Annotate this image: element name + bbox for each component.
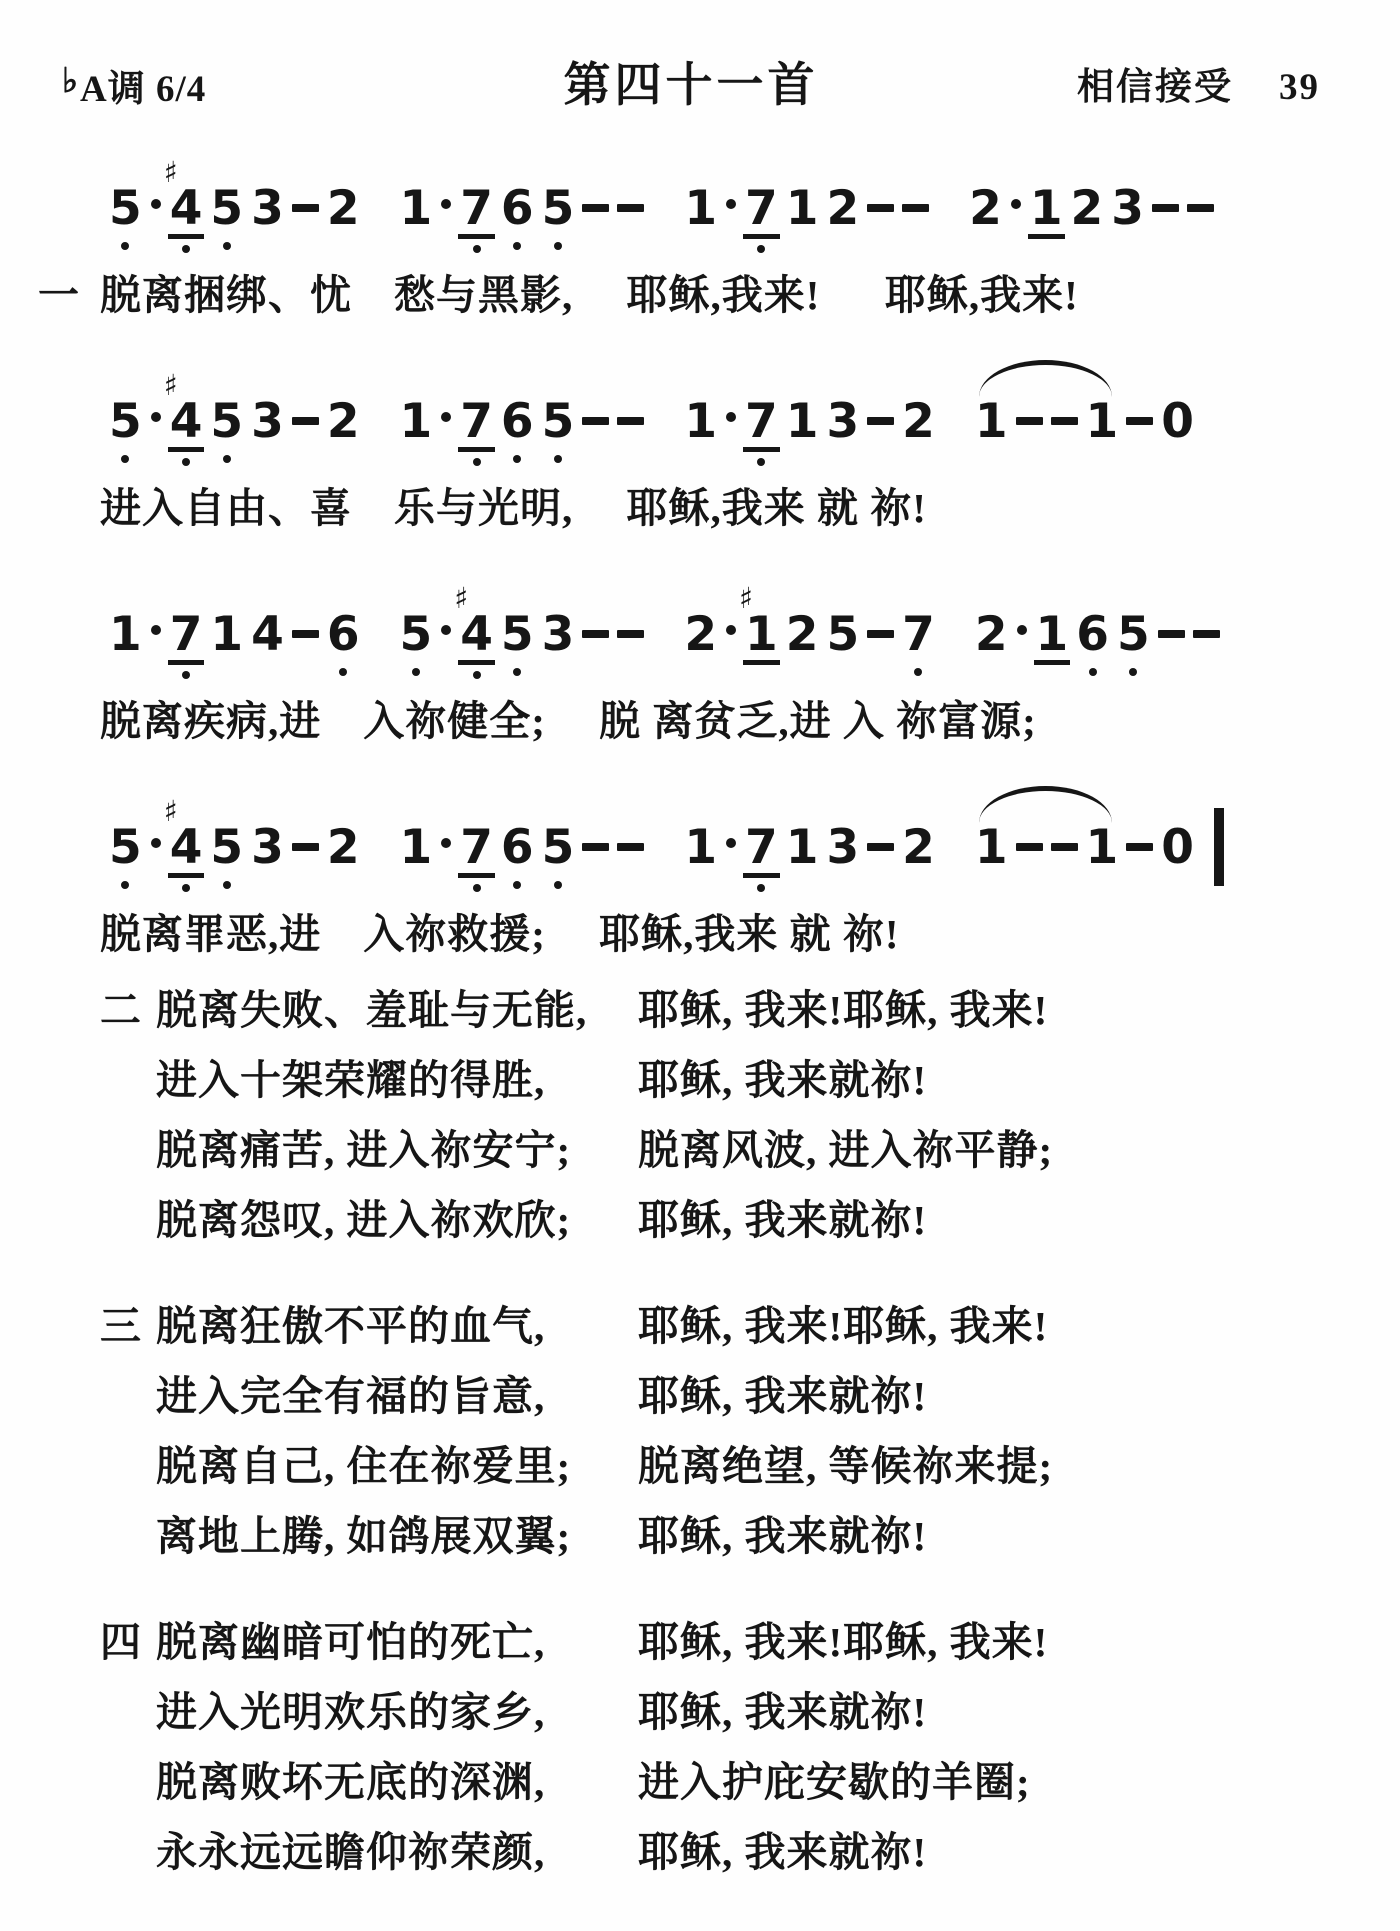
dash-glyph bbox=[1187, 204, 1214, 212]
dash-glyph bbox=[292, 417, 319, 425]
note-1: 1 bbox=[400, 398, 433, 445]
note-glyph: 1 bbox=[1086, 398, 1119, 445]
verse-right-text: 耶稣, 我来!耶稣, 我来! bbox=[638, 1291, 1330, 1361]
music-system-1: 5♯4532176517122123一脱离捆绑、忧 愁与黑影, 耶稣,我来! 耶… bbox=[100, 132, 1130, 321]
dash-glyph bbox=[867, 417, 894, 425]
measure-1: 5♯4532 bbox=[105, 398, 364, 445]
low-octave-dot bbox=[121, 881, 129, 889]
eighth-underline bbox=[458, 660, 495, 665]
dash-glyph bbox=[867, 843, 894, 851]
dash-note bbox=[582, 630, 609, 638]
note-5: 5 bbox=[542, 185, 575, 232]
note-5: 5 bbox=[109, 185, 142, 232]
dash-note bbox=[1193, 630, 1220, 638]
note-glyph: 5 bbox=[109, 824, 142, 871]
eighth-underline bbox=[458, 234, 495, 239]
eighth-underline bbox=[1034, 660, 1071, 665]
note-glyph: 4 bbox=[251, 611, 284, 658]
note-2: 2 bbox=[327, 398, 360, 445]
note-7: 7 bbox=[745, 398, 778, 445]
verse-left-text: 脱离失败、羞耻与无能, bbox=[156, 975, 638, 1045]
dash-note bbox=[617, 417, 644, 425]
lyric-line: 脱离罪恶,进 入祢救援; 耶稣,我来 就 祢! bbox=[100, 911, 900, 957]
note-glyph: 1 bbox=[210, 611, 243, 658]
hymn-title: 第四十一首 bbox=[564, 48, 819, 115]
note-1: 1 bbox=[975, 824, 1008, 871]
dot-separator bbox=[440, 203, 452, 213]
note-1: 1 bbox=[109, 611, 142, 658]
flat-icon: ♭ bbox=[62, 63, 79, 100]
lyric-line: 脱离捆绑、忧 愁与黑影, 耶稣,我来! 耶稣,我来! bbox=[100, 272, 1079, 318]
dash-note bbox=[582, 417, 609, 425]
note-glyph: 5 bbox=[542, 824, 575, 871]
measure-2: 1765 bbox=[396, 398, 649, 445]
note-glyph: 3 bbox=[826, 824, 859, 871]
dash-glyph bbox=[867, 630, 894, 638]
note-7: 7 bbox=[745, 824, 778, 871]
eighth-underline bbox=[168, 234, 205, 239]
note-1: 1 bbox=[684, 185, 717, 232]
note-glyph: 7 bbox=[460, 398, 493, 445]
low-octave-dot bbox=[914, 668, 922, 676]
note-glyph: 6 bbox=[327, 611, 360, 658]
measure-3: 1712 bbox=[680, 185, 933, 232]
note-glyph: 3 bbox=[251, 398, 284, 445]
dash-note bbox=[1126, 843, 1153, 851]
note-7: 7 bbox=[902, 611, 935, 658]
augmentation-dot bbox=[726, 625, 736, 635]
dot-separator bbox=[150, 203, 162, 213]
sharp-icon: ♯ bbox=[164, 797, 178, 826]
dot-separator bbox=[440, 842, 452, 852]
low-octave-dot bbox=[473, 245, 481, 253]
eighth-underline bbox=[168, 447, 205, 452]
measure-4: 2165 bbox=[971, 611, 1224, 658]
augmentation-dot bbox=[441, 625, 451, 635]
note-1: 1 bbox=[1036, 611, 1069, 658]
note-glyph: 5 bbox=[210, 824, 243, 871]
note-glyph: 1 bbox=[684, 398, 717, 445]
dot-separator bbox=[725, 203, 737, 213]
note-1: 1 bbox=[1030, 185, 1063, 232]
verse-right-text: 耶稣, 我来就祢! bbox=[638, 1045, 1330, 1115]
dash-glyph bbox=[292, 630, 319, 638]
final-double-barline bbox=[1214, 808, 1224, 886]
note-7: 7 bbox=[745, 185, 778, 232]
note-glyph: 0 bbox=[1161, 824, 1194, 871]
key-text: A调 6/4 bbox=[80, 69, 206, 110]
dash-note bbox=[1051, 417, 1078, 425]
note-1: ♯1 bbox=[745, 611, 778, 658]
note-glyph: 4 bbox=[170, 185, 203, 232]
note-glyph: 1 bbox=[1036, 611, 1069, 658]
note-2: 2 bbox=[902, 398, 935, 445]
verse-left-text: 进入光明欢乐的家乡, bbox=[156, 1677, 638, 1747]
note-glyph: 3 bbox=[251, 185, 284, 232]
verse-number bbox=[100, 1045, 156, 1115]
note-glyph: 2 bbox=[1071, 185, 1104, 232]
dot-separator bbox=[440, 416, 452, 426]
verse-row: 进入十架荣耀的得胜,耶稣, 我来就祢! bbox=[100, 1045, 1330, 1115]
low-octave-dot bbox=[223, 455, 231, 463]
note-glyph: 5 bbox=[210, 185, 243, 232]
verse-3: 三脱离狂傲不平的血气,耶稣, 我来!耶稣, 我来!进入完全有福的旨意,耶稣, 我… bbox=[100, 1291, 1330, 1571]
note-2: 2 bbox=[826, 185, 859, 232]
note-glyph: 2 bbox=[969, 185, 1002, 232]
verse-row: 脱离痛苦, 进入祢安宁;脱离风波, 进入祢平静; bbox=[100, 1115, 1330, 1185]
dash-glyph bbox=[1051, 843, 1078, 851]
hymn-page: ♭A调 6/4 第四十一首 相信接受 39 5♯4532176517122123… bbox=[0, 0, 1400, 1931]
low-octave-dot bbox=[554, 455, 562, 463]
verse-number bbox=[100, 1185, 156, 1255]
note-glyph: 1 bbox=[1030, 185, 1063, 232]
verse-number: 四 bbox=[100, 1607, 156, 1677]
dash-note bbox=[617, 630, 644, 638]
dot-separator bbox=[150, 842, 162, 852]
verse-number: 三 bbox=[100, 1291, 156, 1361]
augmentation-dot bbox=[441, 412, 451, 422]
dash-glyph bbox=[1126, 417, 1153, 425]
dash-note bbox=[582, 204, 609, 212]
low-octave-dot bbox=[554, 881, 562, 889]
sharp-icon: ♯ bbox=[739, 584, 753, 613]
note-glyph: 5 bbox=[210, 398, 243, 445]
low-octave-dot bbox=[182, 245, 190, 253]
note-glyph: 6 bbox=[501, 185, 534, 232]
dash-glyph bbox=[582, 417, 609, 425]
dash-note bbox=[617, 204, 644, 212]
verse-row: 三脱离狂傲不平的血气,耶稣, 我来!耶稣, 我来! bbox=[100, 1291, 1330, 1361]
dot-separator bbox=[1010, 203, 1022, 213]
header-right: 相信接受 39 bbox=[1077, 56, 1320, 110]
augmentation-dot bbox=[151, 199, 161, 209]
low-octave-dot bbox=[182, 458, 190, 466]
dash-glyph bbox=[292, 204, 319, 212]
note-6: 6 bbox=[327, 611, 360, 658]
note-5: 5 bbox=[542, 398, 575, 445]
note-7: 7 bbox=[170, 611, 203, 658]
note-5: 5 bbox=[210, 398, 243, 445]
note-1: 1 bbox=[786, 185, 819, 232]
measure-2: 1765 bbox=[396, 824, 649, 871]
verse-left-text: 脱离自己, 住在祢爱里; bbox=[156, 1431, 638, 1501]
dot-separator bbox=[725, 416, 737, 426]
low-octave-dot bbox=[1129, 668, 1137, 676]
note-glyph: 5 bbox=[400, 611, 433, 658]
note-glyph: 3 bbox=[542, 611, 575, 658]
augmentation-dot bbox=[726, 199, 736, 209]
verse-row: 脱离败坏无底的深渊,进入护庇安歇的羊圈; bbox=[100, 1747, 1330, 1817]
dash-note bbox=[867, 417, 894, 425]
note-glyph: 1 bbox=[400, 185, 433, 232]
dash-note bbox=[292, 204, 319, 212]
measure-4: 2123 bbox=[965, 185, 1218, 232]
lyric-row-2: 进入自由、喜 乐与光明, 耶稣,我来 就 祢! bbox=[100, 475, 1130, 534]
low-octave-dot bbox=[1089, 668, 1097, 676]
dash-glyph bbox=[582, 630, 609, 638]
note-4: ♯4 bbox=[170, 824, 203, 871]
note-glyph: 2 bbox=[684, 611, 717, 658]
verse-row: 二脱离失败、羞耻与无能,耶稣, 我来!耶稣, 我来! bbox=[100, 975, 1330, 1045]
measure-2: 1765 bbox=[396, 185, 649, 232]
note-3: 3 bbox=[826, 398, 859, 445]
dot-separator bbox=[150, 629, 162, 639]
verse-right-text: 脱离绝望, 等候祢来提; bbox=[638, 1431, 1330, 1501]
note-2: 2 bbox=[975, 611, 1008, 658]
note-3: 3 bbox=[251, 185, 284, 232]
low-octave-dot bbox=[339, 668, 347, 676]
note-glyph: 6 bbox=[501, 824, 534, 871]
dash-glyph bbox=[617, 204, 644, 212]
verse-right-text: 耶稣, 我来就祢! bbox=[638, 1185, 1330, 1255]
note-glyph: 5 bbox=[542, 398, 575, 445]
eighth-underline bbox=[458, 447, 495, 452]
lyric-row-1: 一脱离捆绑、忧 愁与黑影, 耶稣,我来! 耶稣,我来! bbox=[100, 262, 1130, 321]
note-1: 1 bbox=[400, 824, 433, 871]
eighth-underline bbox=[743, 660, 780, 665]
note-glyph: 4 bbox=[460, 611, 493, 658]
eighth-underline bbox=[168, 660, 205, 665]
verse-row: 脱离怨叹, 进入祢欢欣;耶稣, 我来就祢! bbox=[100, 1185, 1330, 1255]
dash-glyph bbox=[617, 843, 644, 851]
low-octave-dot bbox=[182, 884, 190, 892]
note-glyph: 1 bbox=[786, 824, 819, 871]
low-octave-dot bbox=[223, 242, 231, 250]
note-1: 1 bbox=[400, 185, 433, 232]
eighth-underline bbox=[743, 447, 780, 452]
dash-glyph bbox=[902, 204, 929, 212]
eighth-underline bbox=[168, 873, 205, 878]
dash-glyph bbox=[1126, 843, 1153, 851]
verse-row: 进入完全有福的旨意,耶稣, 我来就祢! bbox=[100, 1361, 1330, 1431]
measure-3: 17132 bbox=[680, 824, 939, 871]
note-0: 0 bbox=[1161, 398, 1194, 445]
dash-glyph bbox=[1152, 204, 1179, 212]
measure-3: 17132 bbox=[680, 398, 939, 445]
dot-separator bbox=[725, 629, 737, 639]
note-6: 6 bbox=[501, 185, 534, 232]
augmentation-dot bbox=[151, 412, 161, 422]
lyric-row-4: 脱离罪恶,进 入祢救援; 耶稣,我来 就 祢! bbox=[100, 901, 1130, 960]
note-5: 5 bbox=[826, 611, 859, 658]
note-glyph: 1 bbox=[109, 611, 142, 658]
music-system-2: 5♯4532176517132110进入自由、喜 乐与光明, 耶稣,我来 就 祢… bbox=[100, 345, 1130, 534]
verse-row: 脱离自己, 住在祢爱里;脱离绝望, 等候祢来提; bbox=[100, 1431, 1330, 1501]
note-glyph: 2 bbox=[327, 185, 360, 232]
augmentation-dot bbox=[726, 838, 736, 848]
note-3: 3 bbox=[542, 611, 575, 658]
note-1: 1 bbox=[684, 398, 717, 445]
note-glyph: 5 bbox=[542, 185, 575, 232]
sharp-icon: ♯ bbox=[454, 584, 468, 613]
note-4: ♯4 bbox=[460, 611, 493, 658]
note-glyph: 5 bbox=[501, 611, 534, 658]
verse-number bbox=[100, 1677, 156, 1747]
note-5: 5 bbox=[109, 398, 142, 445]
verse-number bbox=[100, 1115, 156, 1185]
verse-right-text: 耶稣, 我来!耶稣, 我来! bbox=[638, 1607, 1330, 1677]
dash-glyph bbox=[1016, 417, 1043, 425]
note-glyph: 1 bbox=[786, 398, 819, 445]
verse-left-text: 进入完全有福的旨意, bbox=[156, 1361, 638, 1431]
verse-number bbox=[100, 1501, 156, 1571]
verse-right-text: 耶稣, 我来就祢! bbox=[638, 1677, 1330, 1747]
note-glyph: 6 bbox=[1076, 611, 1109, 658]
note-2: 2 bbox=[902, 824, 935, 871]
verse-right-text: 耶稣, 我来就祢! bbox=[638, 1501, 1330, 1571]
verse-right-text: 进入护庇安歇的羊圈; bbox=[638, 1747, 1330, 1817]
note-glyph: 1 bbox=[684, 824, 717, 871]
verse-row: 四脱离幽暗可怕的死亡,耶稣, 我来!耶稣, 我来! bbox=[100, 1607, 1330, 1677]
dash-note bbox=[867, 630, 894, 638]
low-octave-dot bbox=[412, 668, 420, 676]
verse-right-text: 耶稣, 我来就祢! bbox=[638, 1361, 1330, 1431]
sharp-icon: ♯ bbox=[164, 371, 178, 400]
note-glyph: 6 bbox=[501, 398, 534, 445]
eighth-underline bbox=[1028, 234, 1065, 239]
note-glyph: 5 bbox=[1117, 611, 1150, 658]
score: 5♯4532176517122123一脱离捆绑、忧 愁与黑影, 耶稣,我来! 耶… bbox=[100, 132, 1130, 984]
verse-row: 永永远远瞻仰祢荣颜,耶稣, 我来就祢! bbox=[100, 1817, 1330, 1887]
lyric-line: 进入自由、喜 乐与光明, 耶稣,我来 就 祢! bbox=[100, 485, 927, 531]
note-5: 5 bbox=[109, 824, 142, 871]
note-1: 1 bbox=[1086, 824, 1119, 871]
dash-glyph bbox=[1158, 630, 1185, 638]
note-5: 5 bbox=[1117, 611, 1150, 658]
note-glyph: 7 bbox=[460, 824, 493, 871]
note-glyph: 2 bbox=[327, 824, 360, 871]
verse-left-text: 脱离狂傲不平的血气, bbox=[156, 1291, 638, 1361]
low-octave-dot bbox=[513, 881, 521, 889]
note-2: 2 bbox=[1071, 185, 1104, 232]
note-6: 6 bbox=[501, 824, 534, 871]
note-3: 3 bbox=[1111, 185, 1144, 232]
note-1: 1 bbox=[786, 398, 819, 445]
measure-1: 5♯4532 bbox=[105, 185, 364, 232]
low-octave-dot bbox=[757, 458, 765, 466]
dash-note bbox=[292, 843, 319, 851]
note-7: 7 bbox=[460, 398, 493, 445]
note-1: 1 bbox=[1086, 398, 1119, 445]
sharp-icon: ♯ bbox=[164, 158, 178, 187]
dash-glyph bbox=[292, 843, 319, 851]
verse-left-text: 脱离怨叹, 进入祢欢欣; bbox=[156, 1185, 638, 1255]
slur-group: 11 bbox=[971, 398, 1122, 445]
note-glyph: 2 bbox=[826, 185, 859, 232]
note-glyph: 0 bbox=[1161, 398, 1194, 445]
low-octave-dot bbox=[757, 884, 765, 892]
notation-row: 5♯4532176517132110 bbox=[100, 345, 1130, 453]
note-glyph: 1 bbox=[975, 824, 1008, 871]
music-system-4: 5♯4532176517132110脱离罪恶,进 入祢救援; 耶稣,我来 就 祢… bbox=[100, 771, 1130, 960]
eighth-underline bbox=[743, 234, 780, 239]
low-octave-dot bbox=[554, 242, 562, 250]
note-1: 1 bbox=[684, 824, 717, 871]
verse-2: 二脱离失败、羞耻与无能,耶稣, 我来!耶稣, 我来!进入十架荣耀的得胜,耶稣, … bbox=[100, 975, 1330, 1255]
low-octave-dot bbox=[182, 671, 190, 679]
note-2: 2 bbox=[684, 611, 717, 658]
verse-left-text: 脱离败坏无底的深渊, bbox=[156, 1747, 638, 1817]
augmentation-dot bbox=[151, 838, 161, 848]
page-header: ♭A调 6/4 第四十一首 相信接受 39 bbox=[62, 48, 1320, 118]
note-glyph: 7 bbox=[902, 611, 935, 658]
measure-1: 17146 bbox=[105, 611, 364, 658]
note-3: 3 bbox=[251, 398, 284, 445]
eighth-underline bbox=[458, 873, 495, 878]
augmentation-dot bbox=[441, 199, 451, 209]
note-glyph: 4 bbox=[170, 824, 203, 871]
note-glyph: 1 bbox=[1086, 824, 1119, 871]
note-3: 3 bbox=[826, 824, 859, 871]
notation-row: 5♯4532176517122123 bbox=[100, 132, 1130, 240]
note-1: 1 bbox=[210, 611, 243, 658]
note-3: 3 bbox=[251, 824, 284, 871]
note-2: 2 bbox=[327, 824, 360, 871]
dash-note bbox=[1016, 843, 1043, 851]
note-glyph: 2 bbox=[786, 611, 819, 658]
note-0: 0 bbox=[1161, 824, 1194, 871]
note-glyph: 3 bbox=[826, 398, 859, 445]
measure-1: 5♯4532 bbox=[105, 824, 364, 871]
verse-left-text: 进入十架荣耀的得胜, bbox=[156, 1045, 638, 1115]
dash-glyph bbox=[582, 843, 609, 851]
low-octave-dot bbox=[121, 242, 129, 250]
measure-4: 110 bbox=[971, 398, 1198, 445]
note-6: 6 bbox=[1076, 611, 1109, 658]
dash-glyph bbox=[867, 204, 894, 212]
note-2: 2 bbox=[969, 185, 1002, 232]
dash-note bbox=[292, 417, 319, 425]
dash-glyph bbox=[582, 204, 609, 212]
note-glyph: 7 bbox=[460, 185, 493, 232]
verse-number bbox=[100, 1361, 156, 1431]
low-octave-dot bbox=[473, 458, 481, 466]
note-5: 5 bbox=[501, 611, 534, 658]
dot-separator bbox=[440, 629, 452, 639]
note-5: 5 bbox=[542, 824, 575, 871]
note-glyph: 1 bbox=[684, 185, 717, 232]
note-glyph: 5 bbox=[826, 611, 859, 658]
measure-3: 2♯1257 bbox=[680, 611, 939, 658]
verses: 二脱离失败、羞耻与无能,耶稣, 我来!耶稣, 我来!进入十架荣耀的得胜,耶稣, … bbox=[100, 975, 1330, 1923]
low-octave-dot bbox=[513, 242, 521, 250]
verse-number: 一 bbox=[38, 262, 80, 321]
dash-note bbox=[292, 630, 319, 638]
note-7: 7 bbox=[460, 185, 493, 232]
dash-glyph bbox=[1016, 843, 1043, 851]
verse-number bbox=[100, 1747, 156, 1817]
verse-left-text: 永永远远瞻仰祢荣颜, bbox=[156, 1817, 638, 1887]
note-5: 5 bbox=[210, 824, 243, 871]
note-5: 5 bbox=[400, 611, 433, 658]
verse-left-text: 脱离痛苦, 进入祢安宁; bbox=[156, 1115, 638, 1185]
verse-number bbox=[100, 1817, 156, 1887]
dot-separator bbox=[1016, 629, 1028, 639]
dash-note bbox=[1158, 630, 1185, 638]
dash-note bbox=[582, 843, 609, 851]
verse-number: 二 bbox=[100, 975, 156, 1045]
dash-note bbox=[867, 204, 894, 212]
eighth-underline bbox=[743, 873, 780, 878]
note-4: ♯4 bbox=[170, 398, 203, 445]
note-4: ♯4 bbox=[170, 185, 203, 232]
low-octave-dot bbox=[513, 455, 521, 463]
dash-note bbox=[1016, 417, 1043, 425]
verse-right-text: 耶稣, 我来就祢! bbox=[638, 1817, 1330, 1887]
augmentation-dot bbox=[151, 625, 161, 635]
note-5: 5 bbox=[210, 185, 243, 232]
dash-note bbox=[902, 204, 929, 212]
